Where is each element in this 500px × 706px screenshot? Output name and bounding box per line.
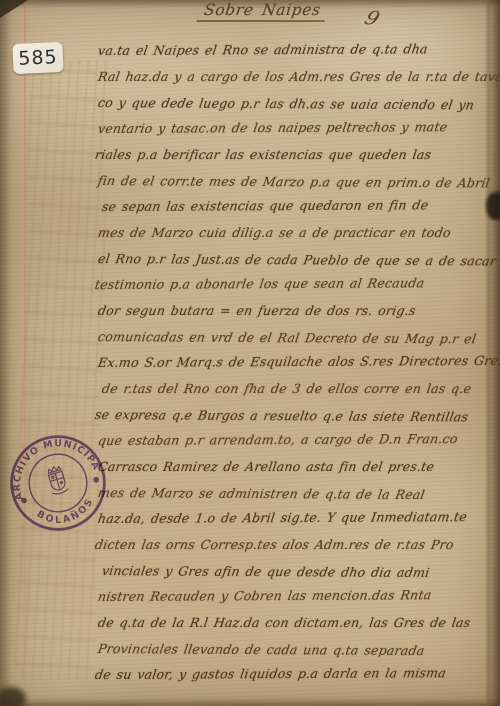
document-title: Sobre Naipes (197, 1, 328, 22)
manuscript-line: testimonio p.a abonarle los que sean al … (93, 270, 498, 298)
archive-number-label: 585 (12, 42, 63, 74)
manuscript-line: riales p.a berificar las existencias que… (93, 142, 498, 168)
manuscript-line: mes de Marzo cuia dilig.a se a de practi… (96, 220, 498, 246)
page-edge-left (0, 0, 12, 706)
manuscript-line: ventario y tasac.on de los naipes peltre… (96, 114, 498, 142)
manuscript-line: Ral haz.da y a cargo de los Adm.res Gres… (96, 64, 498, 90)
manuscript-line: Ex.mo S.or Marq.s de Esquilache alos S.r… (96, 348, 498, 376)
manuscript-line: dicten las orns Corresp.tes alos Adm.res… (93, 532, 498, 558)
ink-flourish: 9 (362, 5, 384, 30)
manuscript-line: de su valor, y gastos liquidos p.a darla… (93, 660, 498, 688)
margin-rule-line (24, 0, 26, 706)
stamp-coat-of-arms (45, 465, 69, 496)
page-edge-bottom (0, 698, 500, 706)
archive-number-text: 585 (18, 46, 58, 70)
manuscript-line: nistren Recauden y Cobren las mencion.da… (96, 582, 498, 610)
manuscript-text: va.ta el Naipes el Rno se administra de … (98, 38, 496, 688)
manuscript-line: dor segun butara = en fuerza de dos rs. … (96, 298, 498, 324)
manuscript-line: de q.ta de la R.l Haz.da con dictam.en, … (96, 610, 498, 636)
manuscript-line: Carrasco Ramirez de Arellano asta fin de… (96, 454, 498, 480)
manuscript-page: 585 Sobre Naipes 9 va.ta el Naipes el Rn… (0, 0, 500, 706)
manuscript-line: de r.tas del Rno con fha de 3 de ellos c… (100, 376, 498, 402)
manuscript-line: se sepan las existencias que quedaron en… (100, 192, 498, 220)
manuscript-line: va.ta el Naipes el Rno se administra de … (96, 36, 498, 64)
dark-corner-bottom-left (0, 687, 26, 706)
manuscript-line: que estaban p.r arrendam.to, a cargo de … (96, 426, 498, 454)
manuscript-line: haz.da, desde 1.o de Abril sig.te. Y que… (96, 504, 498, 532)
